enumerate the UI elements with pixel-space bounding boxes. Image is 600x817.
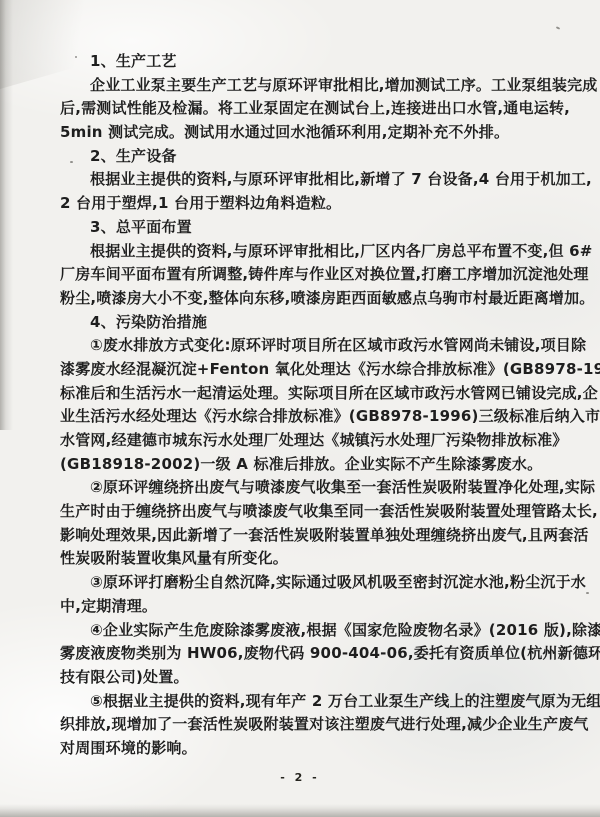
text-line: 企业工业泵主要生产工艺与原环评审批相比,增加测试工序。工业泵组装完成 (60, 74, 542, 98)
text-line: 粉尘,喷漆房大小不变,整体向东移,喷漆房距西面敏感点乌驹市村最近距离增加。 (60, 287, 542, 311)
text-line: 业生活污水经处理达《污水综合排放标准》(GB8978-1996)三级标准后纳入市… (60, 405, 542, 429)
text-line: 根据业主提供的资料,与原环评审批相比,新增了 7 台设备,4 台用于机加工, (60, 168, 542, 192)
text-line: 1、生产工艺 (60, 50, 542, 74)
text-line: 后,需测试性能及检漏。将工业泵固定在测试台上,连接进出口水管,通电运转, (60, 97, 542, 121)
text-line: ④企业实际产生危废除漆雾废液,根据《国家危险废物名录》(2016 版),除漆 (60, 619, 542, 643)
text-line: 3、总平面布置 (60, 216, 542, 240)
text-line: 2 台用于塑焊,1 台用于塑料边角料造粒。 (60, 192, 542, 216)
text-line: (GB18918-2002)一级 A 标准后排放。企业实际不产生除漆雾废水。 (60, 453, 542, 477)
text-line: 雾废液废物类别为 HW06,废物代码 900-404-06,委托有资质单位(杭州… (60, 642, 542, 666)
text-line: 漆雾废水经混凝沉淀+Fenton 氧化处理达《污水综合排放标准》(GB8978-… (60, 358, 542, 382)
text-line: 生产时由于缠绕挤出废气与喷漆废气收集至同一套活性炭吸附装置处理管路太长, (60, 500, 542, 524)
text-line: 对周围环境的影响。 (60, 737, 542, 761)
text-line: ①废水排放方式变化:原环评时项目所在区域市政污水管网尚未铺设,项目除 (60, 334, 542, 358)
text-line: 5min 测试完成。测试用水通过回水池循环利用,定期补充不外排。 (60, 121, 542, 145)
scan-shadow-bottom-edge (0, 804, 600, 817)
text-line: ③原环评打磨粉尘自然沉降,实际通过吸风机吸至密封沉淀水池,粉尘沉于水 (60, 571, 542, 595)
document-text-body: 1、生产工艺企业工业泵主要生产工艺与原环评审批相比,增加测试工序。工业泵组装完成… (60, 50, 542, 761)
text-line: 中,定期清理。 (60, 595, 542, 619)
text-line: 织排放,现增加了一套活性炭吸附装置对该注塑废气进行处理,减少企业生产废气 (60, 713, 542, 737)
text-line: 影响处理效果,因此新增了一套活性炭吸附装置单独处理缠绕挤出废气,且两套活 (60, 524, 542, 548)
text-line: 4、污染防治措施 (60, 311, 542, 335)
text-line: ⑤根据业主提供的资料,现有年产 2 万台工业泵生产线上的注塑废气原为无组 (60, 690, 542, 714)
scan-shadow-left-edge (0, 0, 13, 430)
text-line: ②原环评缠绕挤出废气与喷漆废气收集至一套活性炭吸附装置净化处理,实际 (60, 476, 542, 500)
page-number: - 2 - (0, 771, 600, 784)
scan-speck (556, 26, 560, 30)
text-line: 2、生产设备 (60, 145, 542, 169)
scanned-document-page: 1、生产工艺企业工业泵主要生产工艺与原环评审批相比,增加测试工序。工业泵组装完成… (0, 0, 600, 817)
text-line: 标准后和生活污水一起清运处理。实际项目所在区域市政污水管网已铺设完成,企 (60, 382, 542, 406)
text-line: 厂房车间平面布置有所调整,铸件库与作业区对换位置,打磨工序增加沉淀池处理 (60, 263, 542, 287)
text-line: 性炭吸附装置收集风量有所变化。 (60, 547, 542, 571)
text-line: 水管网,经建德市城东污水处理厂处理达《城镇污水处理厂污染物排放标准》 (60, 429, 542, 453)
text-line: 根据业主提供的资料,与原环评审批相比,厂区内各厂房总平布置不变,但 6# (60, 240, 542, 264)
text-line: 技有限公司)处置。 (60, 666, 542, 690)
scan-speck (586, 592, 589, 594)
